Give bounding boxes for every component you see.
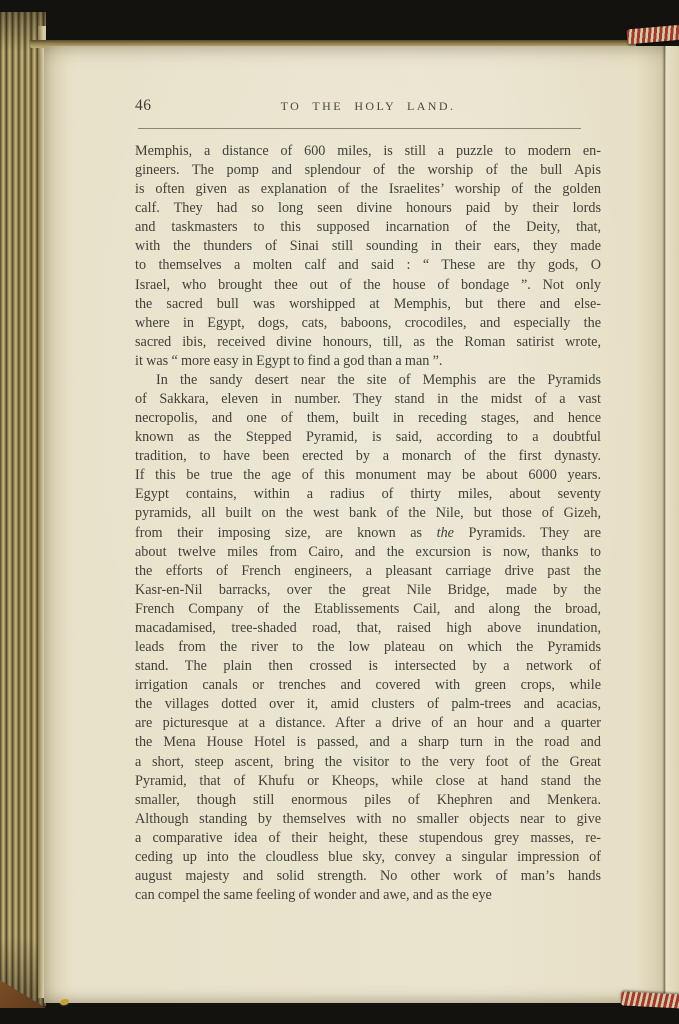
text-line: Israel, who brought thee out of the hous… — [135, 276, 601, 295]
text-line: In the sandy desert near the site of Mem… — [135, 371, 601, 390]
text-line: is often given as explanation of the Isr… — [135, 180, 601, 199]
text-line: smaller, though still enormous piles of … — [135, 791, 601, 810]
text-line: tradition, to have been erected by a mon… — [135, 447, 601, 466]
text-line: the villages dotted over it, amid cluste… — [135, 695, 601, 714]
printed-page-content: 46 TO THE HOLY LAND. Memphis, a distance… — [0, 0, 679, 1024]
text-line: august majesty and solid strength. No ot… — [135, 867, 601, 886]
page-header: 46 TO THE HOLY LAND. — [135, 97, 601, 117]
text-line: gineers. The pomp and splendour of the w… — [135, 161, 601, 180]
text-line: the Mena House Hotel is passed, and a sh… — [135, 733, 601, 752]
text-line: are picturesque at a distance. After a d… — [135, 714, 601, 733]
text-line: it was “ more easy in Egypt to find a go… — [135, 352, 601, 371]
text-line: a short, steep ascent, bring the visitor… — [135, 753, 601, 772]
text-line: leads from the river to the low plateau … — [135, 638, 601, 657]
text-line: with the thunders of Sinai still soundin… — [135, 237, 601, 256]
text-line: If this be true the age of this monument… — [135, 466, 601, 485]
text-line: sacred ibis, received divine honours, ti… — [135, 333, 601, 352]
text-line: Egypt contains, within a radius of thirt… — [135, 485, 601, 504]
text-line: irrigation canals or trenches and covere… — [135, 676, 601, 695]
body-text: Memphis, a distance of 600 miles, is sti… — [135, 142, 601, 905]
running-title: TO THE HOLY LAND. — [135, 99, 601, 114]
header-rule — [138, 128, 581, 129]
text-line: Although standing by themselves with no … — [135, 810, 601, 829]
text-line: the efforts of French engineers, a pleas… — [135, 562, 601, 581]
text-line: Kasr-en-Nil barracks, over the great Nil… — [135, 581, 601, 600]
text-line: Memphis, a distance of 600 miles, is sti… — [135, 142, 601, 161]
text-line: calf. They had so long seen divine honou… — [135, 199, 601, 218]
text-line: to themselves a molten calf and said : “… — [135, 256, 601, 275]
text-line: where in Egypt, dogs, cats, baboons, cro… — [135, 314, 601, 333]
text-line: macadamised, tree-shaded road, that, rai… — [135, 619, 601, 638]
text-line: French Company of the Etablissements Cai… — [135, 600, 601, 619]
text-line: from their imposing size, are known as t… — [135, 524, 601, 543]
text-line: Pyramid, that of Khufu or Kheops, while … — [135, 772, 601, 791]
text-line: a comparative idea of their height, thes… — [135, 829, 601, 848]
text-line: pyramids, all built on the west bank of … — [135, 504, 601, 523]
text-line: can compel the same feeling of wonder an… — [135, 886, 601, 905]
text-line: stand. The plain then crossed is interse… — [135, 657, 601, 676]
text-line: necropolis, and one of them, built in re… — [135, 409, 601, 428]
text-line: of Sakkara, eleven in number. They stand… — [135, 390, 601, 409]
text-line: ceding up into the cloudless blue sky, c… — [135, 848, 601, 867]
text-line: and taskmasters to this supposed incarna… — [135, 218, 601, 237]
book-scan-photo: 46 TO THE HOLY LAND. Memphis, a distance… — [0, 0, 679, 1024]
text-line: about twelve miles from Cairo, and the e… — [135, 543, 601, 562]
text-line: known as the Stepped Pyramid, is said, a… — [135, 428, 601, 447]
text-line: the sacred bull was worshipped at Memphi… — [135, 295, 601, 314]
